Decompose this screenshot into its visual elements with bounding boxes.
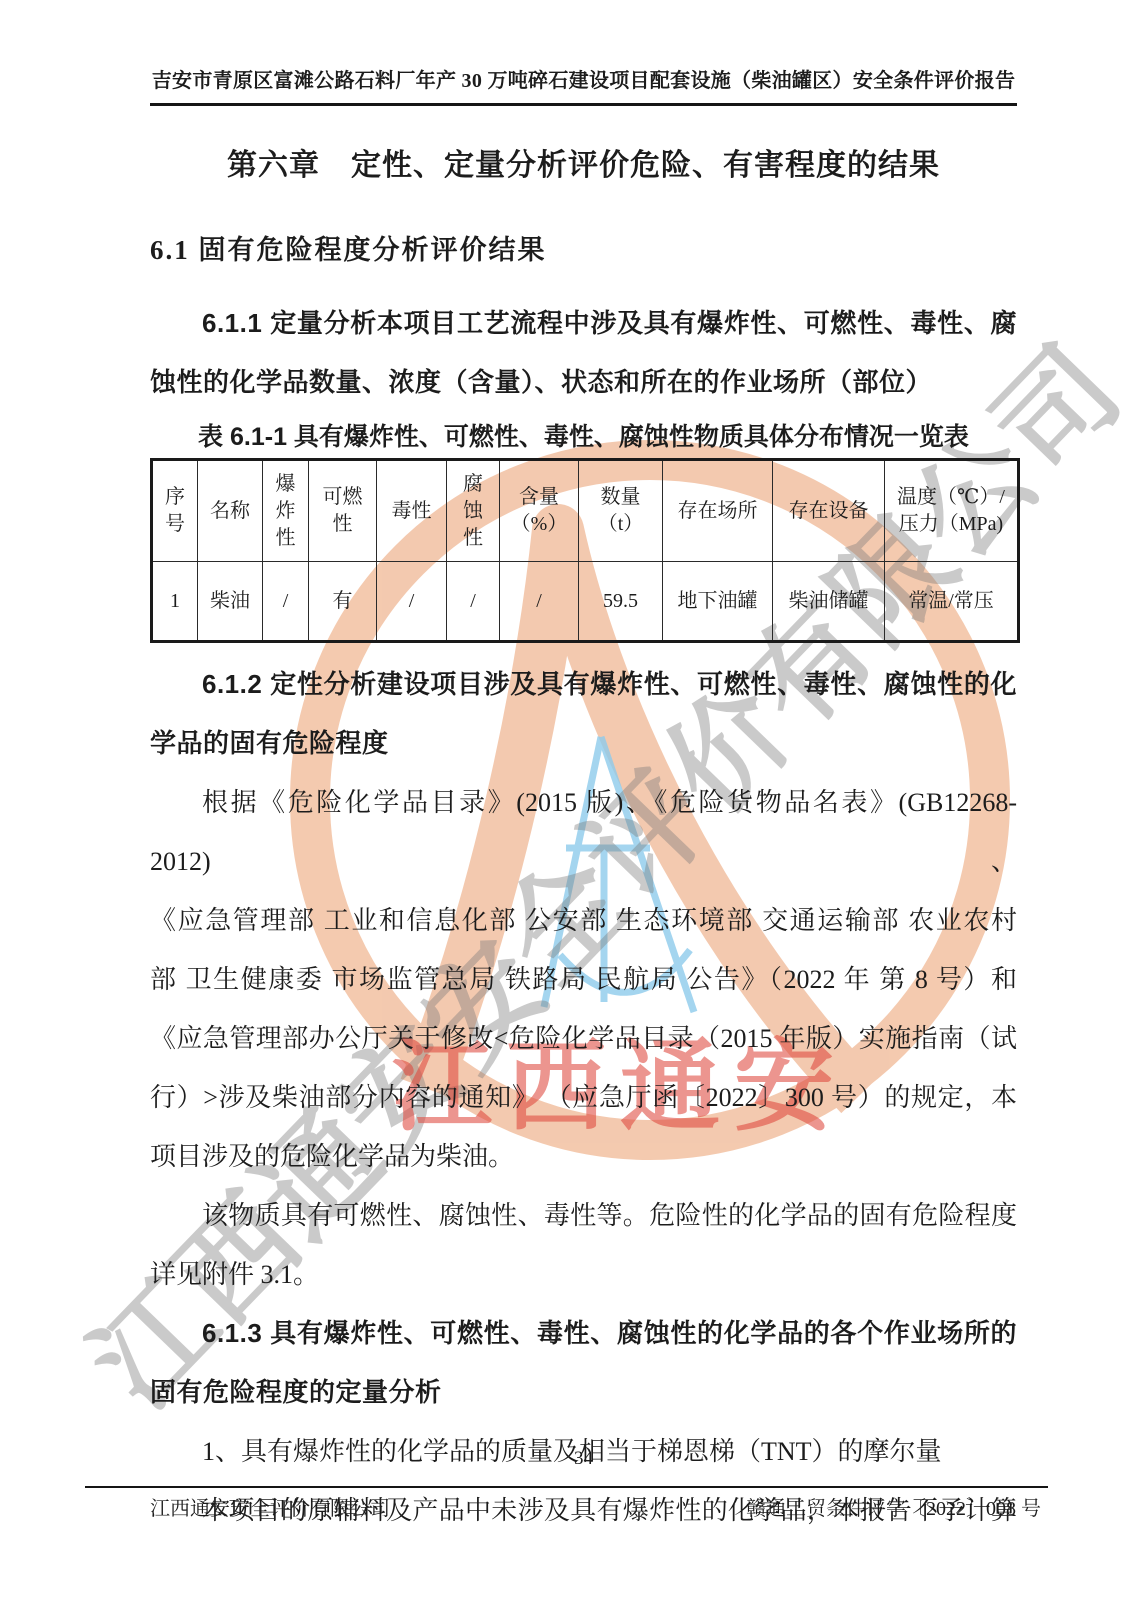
section-heading-6-1: 6.1 固有危险程度分析评价结果: [150, 230, 1017, 270]
table-header-cell-toxic: 毒性: [377, 460, 447, 562]
section-heading-6-1-1: 6.1.1 定量分析本项目工艺流程中涉及具有爆炸性、可燃性、毒性、腐 蚀性的化学…: [150, 294, 1017, 412]
table-header-cell-temp-pressure: 温度（℃）/ 压力（MPa): [885, 460, 1019, 562]
table-cell-content: /: [500, 562, 579, 642]
table-cell-toxic: /: [377, 562, 447, 642]
heading-line: 6.1.2 定性分析建设项目涉及具有爆炸性、可燃性、毒性、腐蚀性的化: [150, 655, 1017, 714]
chemicals-table: 序 号 名称 爆 炸 性 可燃 性 毒性 腐 蚀 性 含量 （%） 数量 （t）…: [150, 458, 1020, 643]
table-header-cell-name: 名称: [198, 460, 263, 562]
table-header-cell-location: 存在场所: [663, 460, 773, 562]
table-caption: 表 6.1-1 具有爆炸性、可燃性、毒性、腐蚀性物质具体分布情况一览表: [150, 416, 1017, 458]
paragraph-line: 该物质具有可燃性、腐蚀性、毒性等。危险性的化学品的固有危险程度: [150, 1186, 1017, 1245]
document-header-title: 吉安市青原区富滩公路石料厂年产 30 万吨碎石建设项目配套设施（柴油罐区）安全条…: [150, 0, 1017, 106]
table-row: 1 柴油 / 有 / / / 59.5 地下油罐 柴油储罐 常温/常压: [152, 562, 1019, 642]
chapter-title: 第六章 定性、定量分析评价危险、有害程度的结果: [150, 144, 1017, 188]
section-heading-6-1-3: 6.1.3 具有爆炸性、可燃性、毒性、腐蚀性的化学品的各个作业场所的 固有危险程…: [150, 1304, 1017, 1422]
paragraph-line: 项目涉及的危险化学品为柴油。: [150, 1127, 1017, 1186]
table-cell-index: 1: [152, 562, 198, 642]
page-body: 吉安市青原区富滩公路石料厂年产 30 万吨碎石建设项目配套设施（柴油罐区）安全条…: [150, 0, 1017, 1540]
table-cell-flammable: 有: [309, 562, 377, 642]
table-cell-corrosive: /: [447, 562, 500, 642]
heading-line: 蚀性的化学品数量、浓度（含量）、状态和所在的作业场所（部位）: [150, 353, 1017, 412]
paragraph-line: 根据《危险化学品目录》(2015 版)、《危险货物品名表》(GB12268-20…: [150, 773, 1017, 891]
paragraph-line: 《应急管理部办公厅关于修改<危险化学品目录（2015 年版）实施指南（试: [150, 1009, 1017, 1068]
table-cell-temp-pressure: 常温/常压: [885, 562, 1019, 642]
table-header-cell-equipment: 存在设备: [773, 460, 885, 562]
paragraph-tnt: 1、具有爆炸性的化学品的质量及相当于梯恩梯（TNT）的摩尔量 本项目的原辅料及产…: [150, 1422, 1017, 1540]
heading-line: 学品的固有危险程度: [150, 714, 1017, 773]
table-header-cell-index: 序 号: [152, 460, 198, 562]
footer-company: 江西通安安全评价有限公司: [150, 1492, 390, 1521]
paragraph-line: 《应急管理部 工业和信息化部 公安部 生态环境部 交通运输部 农业农村: [150, 891, 1017, 950]
table-header-cell-explosive: 爆 炸 性: [263, 460, 309, 562]
paragraph-basis: 根据《危险化学品目录》(2015 版)、《危险货物品名表》(GB12268-20…: [150, 773, 1017, 1186]
section-heading-6-1-2: 6.1.2 定性分析建设项目涉及具有爆炸性、可燃性、毒性、腐蚀性的化 学品的固有…: [150, 655, 1017, 773]
table-header-cell-corrosive: 腐 蚀 性: [447, 460, 500, 562]
table-header-cell-quantity: 数量 （t）: [579, 460, 663, 562]
footer-rule: [85, 1486, 1048, 1488]
heading-line: 6.1.3 具有爆炸性、可燃性、毒性、腐蚀性的化学品的各个作业场所的: [150, 1304, 1017, 1363]
table-cell-location: 地下油罐: [663, 562, 773, 642]
table-header-cell-content: 含量 （%）: [500, 460, 579, 562]
paragraph-line: 行）>涉及柴油部分内容的通知》 （应急厅函〔2022〕300 号）的规定，本: [150, 1068, 1017, 1127]
table-cell-name: 柴油: [198, 562, 263, 642]
footer-certificate: 赣通工贸条件评字〔2022〕008 号: [746, 1492, 1041, 1521]
paragraph-line: 详见附件 3.1。: [150, 1245, 1017, 1304]
table-cell-explosive: /: [263, 562, 309, 642]
paragraph-line: 部 卫生健康委 市场监管总局 铁路局 民航局 公告》（2022 年 第 8 号）…: [150, 950, 1017, 1009]
heading-line: 6.1.1 定量分析本项目工艺流程中涉及具有爆炸性、可燃性、毒性、腐: [150, 294, 1017, 353]
heading-line: 固有危险程度的定量分析: [150, 1363, 1017, 1422]
footer: 江西通安安全评价有限公司 赣通工贸条件评字〔2022〕008 号: [150, 1492, 1041, 1521]
table-header-row: 序 号 名称 爆 炸 性 可燃 性 毒性 腐 蚀 性 含量 （%） 数量 （t）…: [152, 460, 1019, 562]
table-cell-quantity: 59.5: [579, 562, 663, 642]
table-header-cell-flammable: 可燃 性: [309, 460, 377, 562]
paragraph-hazard-properties: 该物质具有可燃性、腐蚀性、毒性等。危险性的化学品的固有危险程度 详见附件 3.1…: [150, 1186, 1017, 1304]
table-cell-equipment: 柴油储罐: [773, 562, 885, 642]
page-number: 34: [150, 1448, 1017, 1470]
